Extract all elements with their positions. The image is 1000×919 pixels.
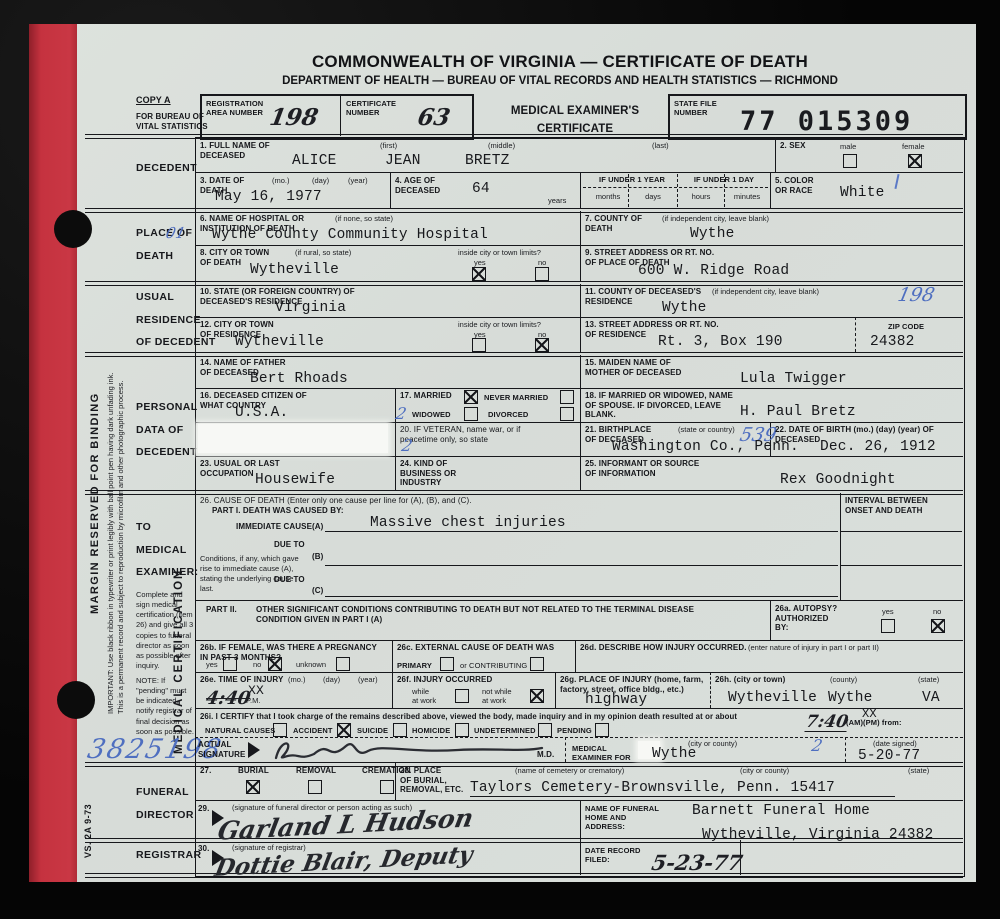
field-26f-label: 26f. INJURY OCCURRED: [397, 675, 492, 685]
burial-checkbox: [246, 780, 260, 794]
residence-county-value: Wythe: [662, 301, 707, 316]
form-code: VS. 2A 9-73: [84, 776, 96, 858]
residence-limits-yes-checkbox: [472, 338, 486, 352]
hospital-value: Wythe County Community Hospital: [212, 228, 488, 243]
date-of-birth-value: Dec. 26, 1912: [820, 440, 936, 455]
examiner-for-label: MEDICAL EXAMINER FOR: [572, 744, 631, 762]
sex-female-checkbox: [908, 154, 922, 168]
widowed-checkbox: [464, 407, 478, 421]
cause-contributing-checkbox: [530, 657, 544, 671]
injury-county-value: Wythe: [828, 691, 873, 706]
field-26c-label: 26c. EXTERNAL CAUSE OF DEATH WAS: [397, 643, 567, 653]
field-7-label: 7. COUNTY OF DEATH: [585, 214, 643, 233]
margin-important-line2: This is a permanent record and subject t…: [116, 324, 126, 714]
injury-state-value: VA: [922, 691, 940, 706]
section-personal-data: PERSONAL DATA OF DECEDENT: [136, 396, 198, 464]
full-name-first: ALICE: [292, 154, 337, 169]
residence-state-value: Virginia: [275, 301, 346, 316]
examiner-county-value: Wythe: [652, 747, 697, 762]
accident-checkbox: [337, 723, 351, 737]
state-file-number: 77 015309: [740, 108, 913, 135]
date-signed-value: 5-20-77: [858, 749, 920, 764]
field-4-label: 4. AGE OF DECEASED: [395, 176, 447, 195]
field-29-num: 29.: [198, 804, 209, 814]
autopsy-no-checkbox: [931, 619, 945, 633]
race-value: White: [840, 186, 885, 201]
section-funeral-director: FUNERAL DIRECTOR: [136, 781, 194, 826]
section-medical-certification: MEDICAL CERTIFICATION: [174, 502, 192, 754]
field-1-label: 1. FULL NAME OF DECEASED: [200, 141, 286, 160]
cause-primary-checkbox: [440, 657, 454, 671]
whiteout-patch: [198, 424, 388, 453]
field-30-num: 30.: [198, 844, 209, 854]
suicide-checkbox: [393, 723, 407, 737]
informant-value: Rex Goodnight: [780, 473, 896, 488]
part2-num: PART II.: [206, 605, 237, 615]
if-under-1-day-label: IF UNDER 1 DAY: [680, 175, 768, 184]
divorced-checkbox: [560, 407, 574, 421]
certify-statement: 26i. I CERTIFY that I took charge of the…: [200, 712, 800, 721]
place-of-injury-value: highway: [585, 693, 647, 708]
age-value: 64: [472, 182, 490, 197]
field-5-label: 5. COLOR OR RACE: [775, 176, 821, 195]
if-under-1-year-label: IF UNDER 1 YEAR: [586, 175, 678, 184]
margin-binding-text: MARGIN RESERVED FOR BINDING: [90, 354, 104, 614]
field-26-label: 26. CAUSE OF DEATH (Enter only one cause…: [200, 496, 620, 506]
scanned-death-certificate: MARGIN RESERVED FOR BINDING IMPORTANT: U…: [0, 0, 1000, 919]
county-of-death-value: Wythe: [690, 227, 735, 242]
mother-name-value: Lula Twigger: [740, 372, 847, 387]
field-26h-label: 26h. (city or town): [715, 675, 785, 685]
autopsy-yes-checkbox: [881, 619, 895, 633]
ampm-label: (AM)(PM) from:: [846, 718, 902, 727]
full-name-last: BRETZ: [465, 154, 510, 169]
married-checkbox: [464, 390, 478, 404]
funeral-home-value: Barnett Funeral Home: [692, 804, 870, 819]
date-filed-label: DATE RECORD FILED:: [585, 846, 641, 864]
field-26e-label: 26e. TIME OF INJURY: [200, 675, 283, 685]
spouse-value: H. Paul Bretz: [740, 405, 856, 420]
actual-signature-label: ACTUAL SIGNATURE: [198, 740, 245, 759]
pregnancy-unknown-checkbox: [336, 657, 350, 671]
pregnancy-yes-checkbox: [223, 657, 237, 671]
field-24-label: 24. KIND OF BUSINESS OR INDUSTRY: [400, 459, 490, 488]
field-25-label: 25. INFORMANT OR SOURCE OF INFORMATION: [585, 459, 705, 478]
zip-value: 24382: [870, 335, 915, 350]
zip-label: ZIP CODE: [888, 322, 924, 331]
time-injury-value: 4:40: [204, 690, 251, 708]
father-name-value: Bert Rhoads: [250, 372, 348, 387]
pending-checkbox: [595, 723, 609, 737]
field-15-label: 15. MAIDEN NAME OF MOTHER OF DECEASED: [585, 358, 705, 377]
certificate-subtitle: DEPARTMENT OF HEALTH — BUREAU OF VITAL R…: [160, 76, 960, 88]
occupation-value: Housewife: [255, 473, 335, 488]
cause-of-death-value: Massive chest injuries: [370, 516, 566, 531]
full-name-middle: JEAN: [385, 154, 421, 169]
birthplace-value: Washington Co., Penn.: [612, 440, 799, 455]
never-married-checkbox: [560, 390, 574, 404]
natural-causes-checkbox: [273, 723, 287, 737]
copy-for-label: FOR BUREAU OF VITAL STATISTICS: [136, 112, 208, 131]
date-of-death-value: May 16, 1977: [215, 190, 322, 205]
death-time-value: 7:40: [804, 714, 849, 732]
binding-red-stripe: [29, 24, 77, 882]
field-20-label: 20. IF VETERAN, name war, or if peacetim…: [400, 425, 550, 444]
residence-limits-no-checkbox: [535, 338, 549, 352]
injury-city-value: Wytheville: [728, 691, 817, 706]
death-address-value: 600 W. Ridge Road: [638, 264, 789, 279]
pregnancy-no-checkbox: [268, 657, 282, 671]
section-decedent: DECEDENT: [136, 157, 197, 180]
death-limits-yes-checkbox: [472, 267, 486, 281]
injury-not-at-work-checkbox: [530, 689, 544, 703]
certificate-title: COMMONWEALTH OF VIRGINIA — CERTIFICATE O…: [160, 53, 960, 70]
funeral-home-address-value: Wytheville, Virginia 24382: [702, 828, 933, 843]
md-label: M.D.: [537, 750, 554, 760]
sex-male-checkbox: [843, 154, 857, 168]
certificate-paper: MARGIN RESERVED FOR BINDING IMPORTANT: U…: [40, 24, 976, 882]
field-17-label: 17. MARRIED: [400, 391, 452, 401]
margin-important-line1: IMPORTANT: Use black ribbon in typewrite…: [106, 314, 116, 714]
cremation-checkbox: [380, 780, 394, 794]
hole-punch-icon: [54, 210, 92, 248]
certificate-number-value: 63: [416, 106, 452, 129]
residence-address-value: Rt. 3, Box 190: [658, 335, 783, 350]
registration-area-label: REGISTRATION AREA NUMBER: [206, 99, 263, 117]
field-26d-label: 26d. DESCRIBE HOW INJURY OCCURRED.: [580, 643, 747, 653]
certificate-number-label: CERTIFICATE NUMBER: [346, 99, 396, 117]
interval-label: INTERVAL BETWEEN ONSET AND DEATH: [845, 496, 957, 515]
field-18-label: 18. IF MARRIED OR WIDOWED, NAME OF SPOUS…: [585, 391, 745, 420]
residence-city-value: Wytheville: [235, 335, 324, 350]
date-filed-value: 5-23-77: [650, 852, 744, 873]
field-27-num: 27.: [200, 766, 211, 776]
field-2-label: 2. SEX: [780, 141, 806, 151]
burial-place-value: Taylors Cemetery-Brownsville, Penn. 1541…: [470, 781, 895, 797]
undetermined-checkbox: [538, 723, 552, 737]
death-limits-no-checkbox: [535, 267, 549, 281]
copy-label: COPY A: [136, 95, 171, 106]
part2-text: OTHER SIGNIFICANT CONDITIONS CONTRIBUTIN…: [256, 605, 696, 624]
registration-area-value: 198: [268, 106, 320, 129]
field-28-label: 28. PLACE OF BURIAL, REMOVAL, ETC.: [400, 766, 463, 795]
arrow-icon: [248, 742, 260, 758]
residence-code-handwritten: 198: [896, 286, 936, 305]
citizen-value: U.S.A.: [235, 406, 288, 421]
field-26a-label: 26a. AUTOPSY? AUTHORIZED BY:: [775, 604, 839, 633]
medical-examiner-signature: [268, 736, 548, 762]
state-file-label: STATE FILE NUMBER: [674, 99, 717, 117]
homicide-checkbox: [455, 723, 469, 737]
hole-punch-icon: [57, 681, 95, 719]
section-registrar: REGISTRAR: [136, 844, 201, 867]
removal-checkbox: [308, 780, 322, 794]
place-code-handwritten: 01: [164, 226, 186, 241]
funeral-home-label: NAME OF FUNERAL HOME AND ADDRESS:: [585, 804, 659, 831]
injury-at-work-checkbox: [455, 689, 469, 703]
city-of-death-value: Wytheville: [250, 263, 339, 278]
